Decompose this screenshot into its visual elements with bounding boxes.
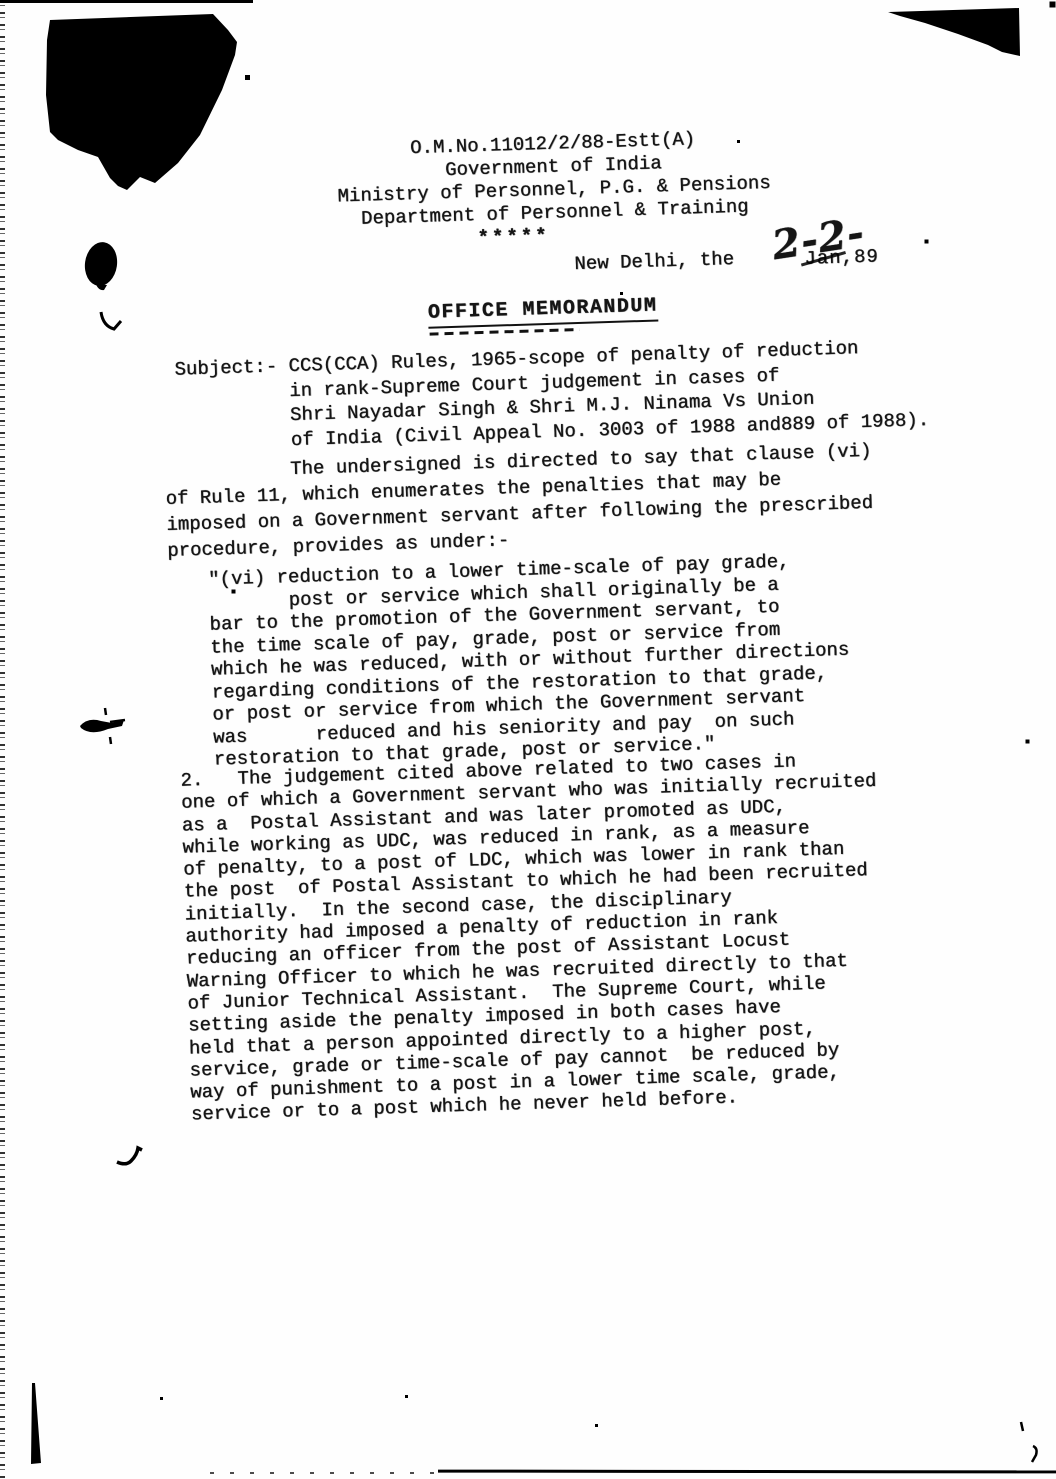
scan-top-edge-line xyxy=(0,0,253,3)
memo-title: OFFICE MEMORANDUM xyxy=(428,295,658,329)
scan-specks xyxy=(0,0,3,3)
memo-content: O.M.No.11012/2/88-Estt(A) Government of … xyxy=(0,0,1056,1479)
scanned-document-page: O.M.No.11012/2/88-Estt(A) Government of … xyxy=(0,0,1056,1479)
scan-edge-noise xyxy=(0,0,5,1479)
scan-bottom-edge-dots xyxy=(210,1472,438,1474)
subject-block: Subject:- CCS(CCA) Rules, 1965-scope of … xyxy=(174,334,929,456)
scan-bottom-edge-line xyxy=(438,1470,1056,1474)
letterhead: O.M.No.11012/2/88-Estt(A) Government of … xyxy=(312,125,795,255)
rule-quote-block: "(vi) reduction to a lower time-scale of… xyxy=(208,549,853,771)
title-underline-dashes xyxy=(430,328,580,335)
place-date-line: New Delhi, the xyxy=(574,248,734,275)
paragraph-2: 2. The judgement cited above related to … xyxy=(180,748,886,1126)
typed-date: Jan,89 xyxy=(804,246,879,270)
paragraph-1: The undersigned is directed to say that … xyxy=(164,438,874,564)
